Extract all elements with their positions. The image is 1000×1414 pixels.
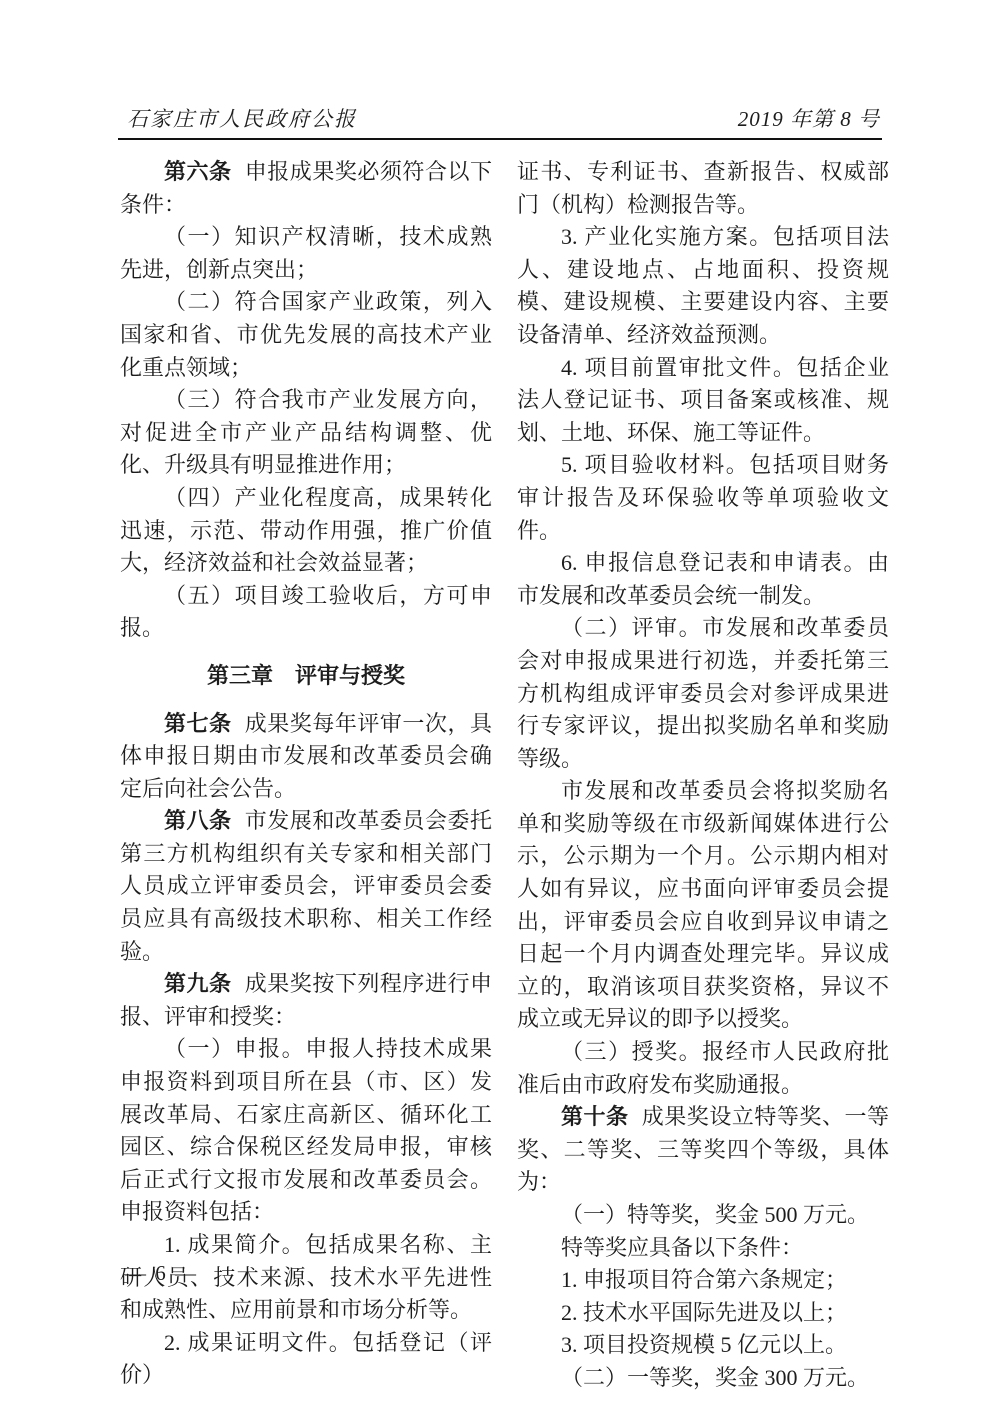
paragraph: 5. 项目验收材料。包括项目财务审计报告及环保验收等单项验收文件。: [517, 449, 889, 547]
paragraph-text: 第三章 评审与授奖: [207, 663, 405, 688]
paragraph-text: 3. 产业化实施方案。包括项目法人、建设地点、占地面积、投资规模、建设规模、主要…: [517, 224, 889, 347]
paragraph: 3. 项目投资规模 5 亿元以上。: [517, 1329, 889, 1362]
paragraph: 2. 技术水平国际先进及以上；: [517, 1297, 889, 1330]
paragraph: 第八条市发展和改革委员会委托第三方机构组织有关专家和相关部门人员成立评审委员会，…: [120, 805, 492, 968]
paragraph: 第六条申报成果奖必须符合以下条件：: [120, 156, 492, 221]
paragraph-text: 证书、专利证书、查新报告、权威部门（机构）检测报告等。: [517, 159, 889, 217]
paragraph: （二）符合国家产业政策，列入国家和省、市优先发展的高技术产业化重点领域；: [120, 286, 492, 384]
paragraph-text: （二）符合国家产业政策，列入国家和省、市优先发展的高技术产业化重点领域；: [120, 289, 492, 379]
paragraph: （三）授奖。报经市人民政府批准后由市政府发布奖励通报。: [517, 1036, 889, 1101]
article-number: 第八条: [164, 808, 232, 833]
paragraph: （五）项目竣工验收后，方可申报。: [120, 580, 492, 645]
paragraph-text: （三）授奖。报经市人民政府批准后由市政府发布奖励通报。: [517, 1039, 889, 1097]
paragraph-text: （三）符合我市产业发展方向，对促进全市产业产品结构调整、优化、升级具有明显推进作…: [120, 387, 492, 477]
right-column: 证书、专利证书、查新报告、权威部门（机构）检测报告等。3. 产业化实施方案。包括…: [517, 156, 889, 1395]
paragraph-text: 4. 项目前置审批文件。包括企业法人登记证书、项目备案或核准、规划、土地、环保、…: [517, 355, 889, 445]
paragraph-text: （二）评审。市发展和改革委员会对申报成果进行初选，并委托第三方机构组成评审委员会…: [517, 615, 889, 770]
paragraph: （一）申报。申报人持技术成果申报资料到项目所在县（市、区）发展改革局、石家庄高新…: [120, 1033, 492, 1229]
paragraph: 4. 项目前置审批文件。包括企业法人登记证书、项目备案或核准、规划、土地、环保、…: [517, 352, 889, 450]
paragraph: 3. 产业化实施方案。包括项目法人、建设地点、占地面积、投资规模、建设规模、主要…: [517, 221, 889, 351]
paragraph: 第十条成果奖设立特等奖、一等奖、二等奖、三等奖四个等级，具体为：: [517, 1101, 889, 1199]
paragraph-text: （一）特等奖，奖金 500 万元。: [561, 1202, 869, 1227]
paragraph: 1. 申报项目符合第六条规定；: [517, 1264, 889, 1297]
article-number: 第十条: [561, 1104, 629, 1129]
article-number: 第九条: [164, 971, 232, 996]
paragraph-text: （五）项目竣工验收后，方可申报。: [120, 583, 492, 641]
paragraph-text: 市发展和改革委员会将拟奖励名单和奖励等级在市级新闻媒体进行公示，公示期为一个月。…: [517, 778, 889, 1031]
paragraph: 6. 申报信息登记表和申请表。由市发展和改革委员会统一制发。: [517, 547, 889, 612]
paragraph-text: 6. 申报信息登记表和申请表。由市发展和改革委员会统一制发。: [517, 550, 889, 608]
paragraph: （一）特等奖，奖金 500 万元。: [517, 1199, 889, 1232]
paragraph-text: 3. 项目投资规模 5 亿元以上。: [561, 1332, 847, 1357]
article-number: 第七条: [164, 711, 232, 736]
paragraph: 证书、专利证书、查新报告、权威部门（机构）检测报告等。: [517, 156, 889, 221]
chapter-heading: 第三章 评审与授奖: [120, 660, 492, 693]
paragraph-text: 5. 项目验收材料。包括项目财务审计报告及环保验收等单项验收文件。: [517, 452, 889, 542]
issue-number: 2019 年第 8 号: [738, 106, 880, 132]
paragraph: （二）一等奖，奖金 300 万元。: [517, 1362, 889, 1395]
left-column: 第六条申报成果奖必须符合以下条件：（一）知识产权清晰，技术成熟先进，创新点突出；…: [120, 156, 492, 1392]
header-divider: [118, 138, 882, 140]
paragraph-text: 2. 技术水平国际先进及以上；: [561, 1300, 847, 1325]
paragraph-text: （一）知识产权清晰，技术成熟先进，创新点突出；: [120, 224, 492, 282]
page-number: — 6 —: [125, 1258, 198, 1288]
paragraph: 第九条成果奖按下列程序进行申报、评审和授奖：: [120, 968, 492, 1033]
paragraph: 2. 成果证明文件。包括登记（评价）: [120, 1327, 492, 1392]
paragraph: 第七条成果奖每年评审一次，具体申报日期由市发展和改革委员会确定后向社会公告。: [120, 708, 492, 806]
paragraph: （二）评审。市发展和改革委员会对申报成果进行初选，并委托第三方机构组成评审委员会…: [517, 612, 889, 775]
paragraph: 市发展和改革委员会将拟奖励名单和奖励等级在市级新闻媒体进行公示，公示期为一个月。…: [517, 775, 889, 1036]
paragraph-text: 特等奖应具备以下条件：: [561, 1235, 803, 1260]
paragraph-text: （二）一等奖，奖金 300 万元。: [561, 1365, 869, 1390]
article-number: 第六条: [164, 159, 232, 184]
paragraph-text: （四）产业化程度高，成果转化迅速，示范、带动作用强，推广价值大，经济效益和社会效…: [120, 485, 492, 575]
gazette-title: 石家庄市人民政府公报: [127, 106, 357, 132]
paragraph: （一）知识产权清晰，技术成熟先进，创新点突出；: [120, 221, 492, 286]
paragraph-text: （一）申报。申报人持技术成果申报资料到项目所在县（市、区）发展改革局、石家庄高新…: [120, 1036, 492, 1224]
paragraph: （三）符合我市产业发展方向，对促进全市产业产品结构调整、优化、升级具有明显推进作…: [120, 384, 492, 482]
paragraph-text: 2. 成果证明文件。包括登记（评价）: [120, 1330, 492, 1388]
paragraph: （四）产业化程度高，成果转化迅速，示范、带动作用强，推广价值大，经济效益和社会效…: [120, 482, 492, 580]
paragraph: 特等奖应具备以下条件：: [517, 1232, 889, 1265]
gazette-page: 石家庄市人民政府公报 2019 年第 8 号 第六条申报成果奖必须符合以下条件：…: [0, 0, 1000, 1414]
paragraph-text: 1. 申报项目符合第六条规定；: [561, 1267, 847, 1292]
